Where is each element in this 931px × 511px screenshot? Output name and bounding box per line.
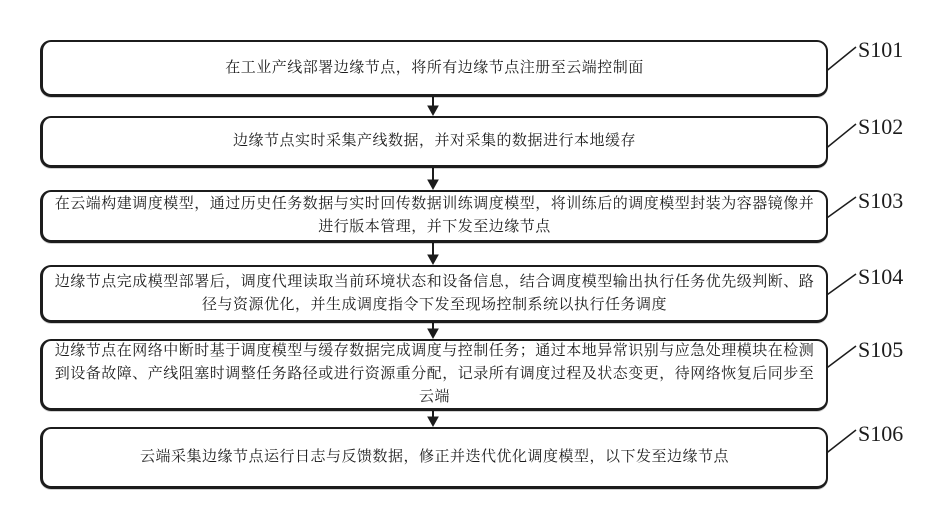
flow-step-box-s103: 在云端构建调度模型，通过历史任务数据与实时回传数据训练调度模型，将训练后的调度模…: [40, 190, 828, 243]
flow-step-box-s101: 在工业产线部署边缘节点，将所有边缘节点注册至云端控制面: [40, 40, 828, 97]
step-label-connector-s105: [824, 346, 856, 370]
step-label-s104: S104: [858, 266, 922, 288]
step-text-s104: 边缘节点完成模型部署后，调度代理读取当前环境状态和设备信息，结合调度模型输出执行…: [43, 271, 826, 317]
flow-step-box-s106: 云端采集边缘节点运行日志与反馈数据，修正并迭代优化调度模型，以下发至边缘节点: [40, 427, 828, 489]
step-label-s105: S105: [858, 339, 922, 361]
step-label-connector-s103: [824, 197, 856, 220]
step-label-connector-s106: [824, 430, 856, 455]
step-text-s102: 边缘节点实时采集产线数据，并对采集的数据进行本地缓存: [43, 130, 826, 153]
step-text-s105: 边缘节点在网络中断时基于调度模型与缓存数据完成调度与控制任务；通过本地异常识别与…: [43, 340, 826, 409]
flow-arrow-4: [428, 323, 438, 338]
step-text-s101: 在工业产线部署边缘节点，将所有边缘节点注册至云端控制面: [43, 57, 826, 80]
flow-arrow-2: [428, 168, 438, 189]
patent-flowchart-figure: 在工业产线部署边缘节点，将所有边缘节点注册至云端控制面 边缘节点实时采集产线数据…: [0, 0, 931, 511]
step-text-s103: 在云端构建调度模型，通过历史任务数据与实时回传数据训练调度模型，将训练后的调度模…: [43, 193, 826, 239]
step-text-s106: 云端采集边缘节点运行日志与反馈数据，修正并迭代优化调度模型，以下发至边缘节点: [43, 446, 826, 469]
step-label-s106: S106: [858, 423, 922, 445]
flow-arrow-3: [428, 243, 438, 264]
flow-arrow-1: [428, 97, 438, 115]
flow-step-box-s102: 边缘节点实时采集产线数据，并对采集的数据进行本地缓存: [40, 116, 828, 168]
flow-arrow-5: [428, 411, 438, 426]
step-label-connector-s101: [824, 47, 856, 73]
step-label-s101: S101: [858, 39, 922, 61]
step-label-connector-s104: [824, 274, 856, 297]
flow-step-box-s105: 边缘节点在网络中断时基于调度模型与缓存数据完成调度与控制任务；通过本地异常识别与…: [40, 339, 828, 411]
flow-step-box-s104: 边缘节点完成模型部署后，调度代理读取当前环境状态和设备信息，结合调度模型输出执行…: [40, 265, 828, 323]
step-label-connector-s102: [824, 124, 856, 150]
step-label-s102: S102: [858, 116, 922, 138]
step-label-s103: S103: [858, 190, 922, 212]
